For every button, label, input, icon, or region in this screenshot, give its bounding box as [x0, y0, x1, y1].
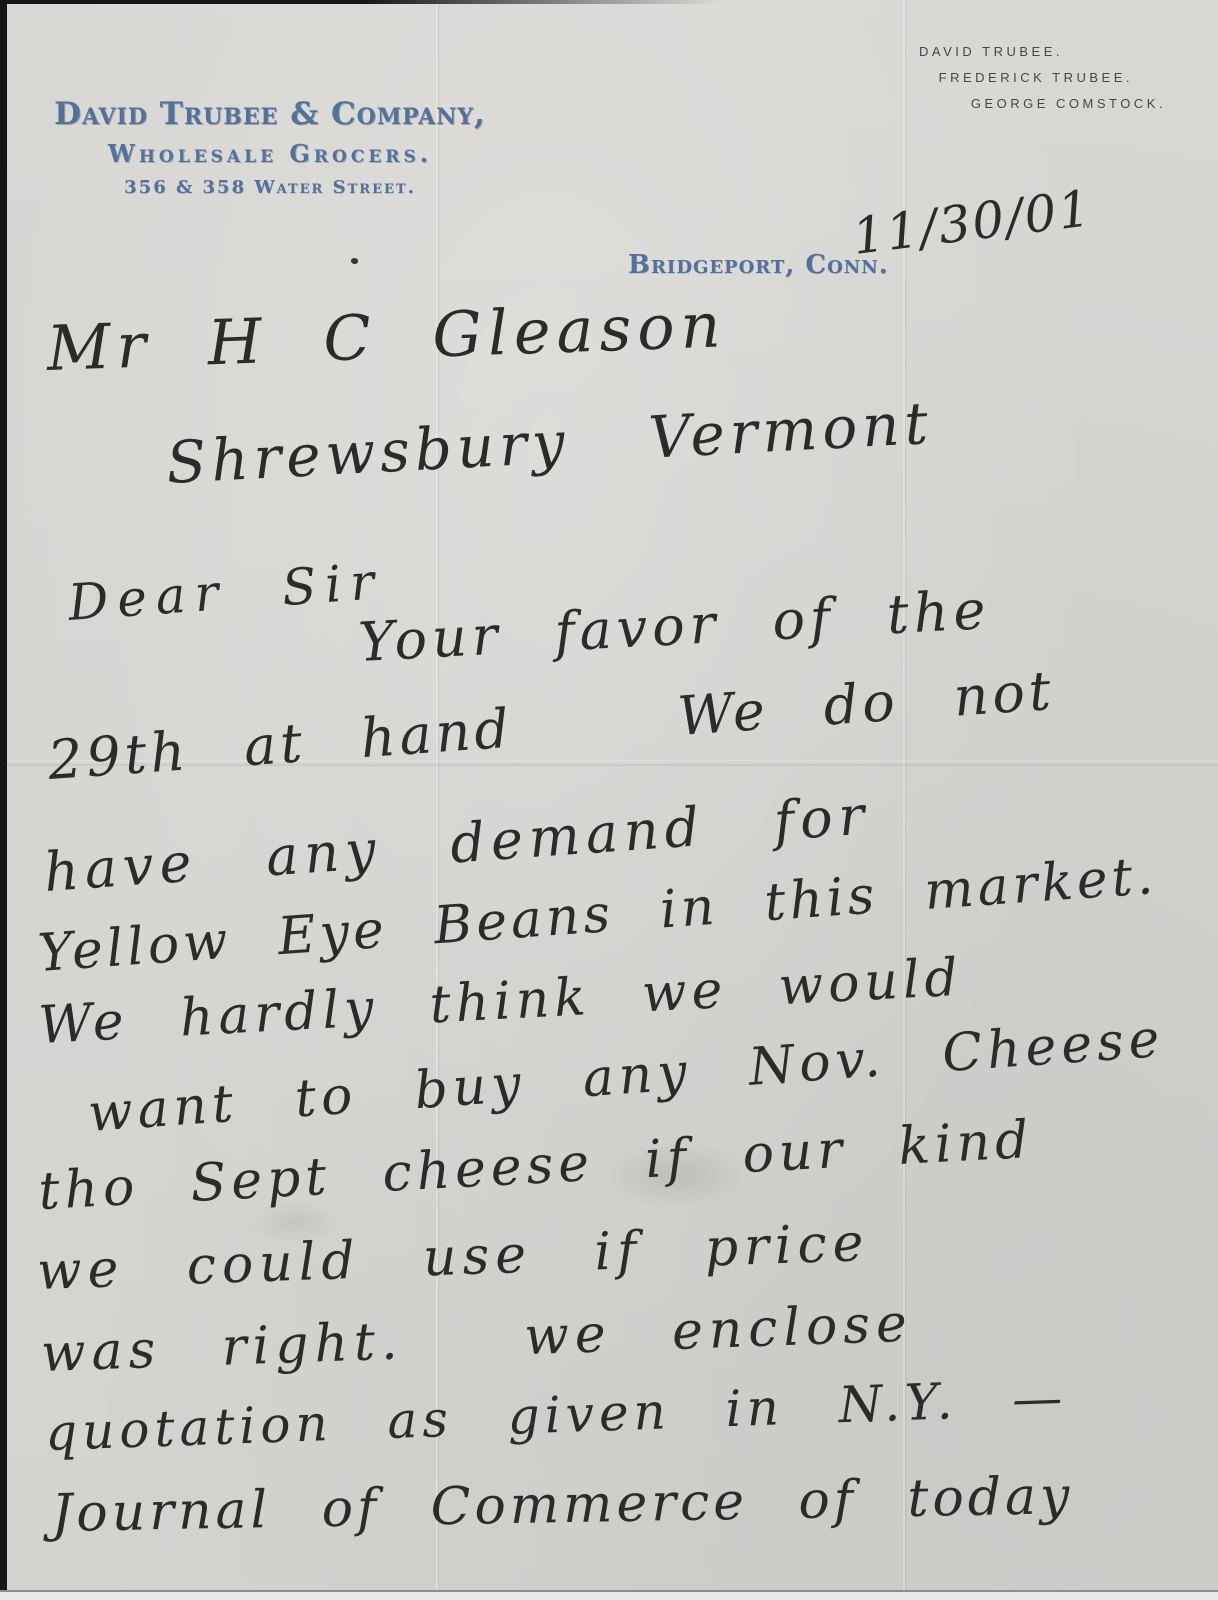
handwritten-date: 11/30/01 — [850, 183, 1095, 262]
salutation: Dear Sir — [67, 556, 385, 628]
scanned-letter: David Trubee & Company, Wholesale Grocer… — [0, 0, 1218, 1600]
business-type: Wholesale Grocers. — [48, 139, 492, 168]
corner-crease — [1007, 0, 1218, 45]
company-name: David Trubee & Company, — [48, 96, 492, 132]
recipient-name: Mr H C Gleason — [46, 294, 728, 380]
scan-edge-top — [0, 0, 720, 4]
street-address: 356 & 358 Water Street. — [48, 177, 492, 198]
ink-dot — [350, 257, 359, 265]
recipient-address: Shrewsbury Vermont — [165, 394, 934, 492]
scan-edge-bottom — [0, 1590, 1218, 1600]
body-line: was right. we enclose — [40, 1298, 913, 1380]
scan-edge-left — [0, 0, 7, 1592]
city-dateline: Bridgeport, Conn. — [628, 250, 889, 280]
partner-name: GEORGE COMSTOCK. — [971, 96, 1166, 111]
partner-name: FREDERICK TRUBEE. — [939, 70, 1133, 85]
body-line: Journal of Commerce of today — [51, 1470, 1074, 1540]
body-line: quotation as given in N.Y. — — [44, 1372, 1068, 1458]
letterhead-company-block: David Trubee & Company, Wholesale Grocer… — [48, 96, 492, 198]
partner-names-block: DAVID TRUBEE. FREDERICK TRUBEE. GEORGE C… — [919, 44, 1166, 111]
body-line: Your favor of the — [357, 583, 991, 670]
body-line: we could use if price — [36, 1217, 870, 1298]
partner-name: DAVID TRUBEE. — [919, 44, 1063, 59]
